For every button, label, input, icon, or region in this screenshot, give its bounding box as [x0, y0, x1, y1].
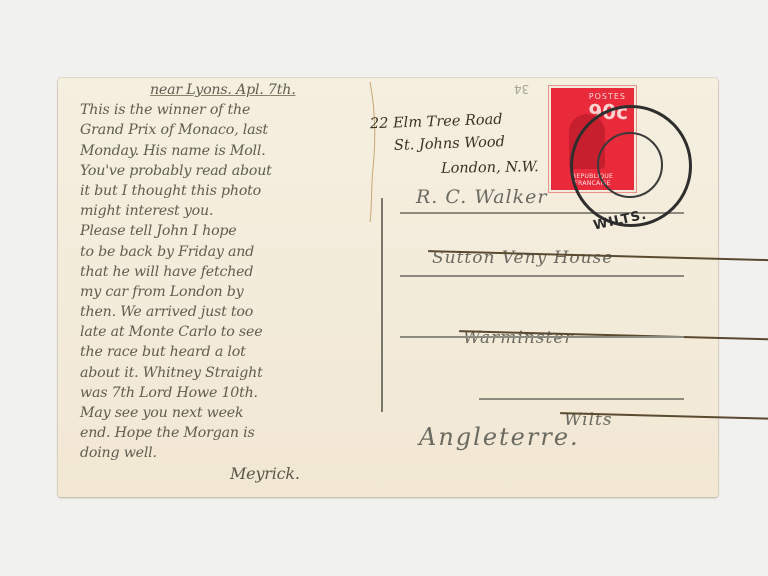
message-line: that he will have fetched: [80, 262, 380, 282]
recipient-name: R. C. Walker: [416, 186, 547, 208]
message-line: might interest you.: [80, 201, 380, 221]
message-line: end. Hope the Morgan is: [80, 423, 380, 443]
message-line: then. We arrived just too: [80, 302, 380, 322]
address-line: [479, 398, 684, 400]
message-line: it but I thought this photo: [80, 181, 380, 201]
recipient-struck-line-1: Sutton Veny House: [432, 248, 768, 268]
faint-postmark-year: 34: [514, 82, 529, 96]
message-line: about it. Whitney Straight: [80, 363, 380, 383]
address-line: [400, 336, 684, 338]
message-line: the race but heard a lot: [80, 342, 380, 362]
message-line: late at Monte Carlo to see: [80, 322, 380, 342]
message-line: You've probably read about: [80, 161, 380, 181]
message-text: near Lyons. Apl. 7th. This is the winner…: [80, 80, 380, 484]
message-line: May see you next week: [80, 403, 380, 423]
sender-address-line-2: St. Johns Wood: [394, 134, 505, 154]
message-line: was 7th Lord Howe 10th.: [80, 383, 380, 403]
message-line: Monday. His name is Moll.: [80, 141, 380, 161]
recipient-struck-line-2: Warminster: [463, 328, 768, 348]
postmark-cancel: WILTS.: [570, 105, 692, 227]
recipient-country: Angleterre.: [419, 423, 580, 451]
bracket-line: [369, 78, 377, 223]
center-divider: [381, 198, 383, 412]
message-line: to be back by Friday and: [80, 242, 380, 262]
message-line: doing well.: [80, 443, 380, 463]
address-line: [400, 275, 684, 277]
message-line: Please tell John I hope: [80, 221, 380, 241]
sender-address-line-3: London, N.W.: [441, 159, 539, 177]
postmark-inner-ring: [597, 132, 663, 198]
signature: Meyrick.: [80, 464, 380, 484]
recipient-struck-line-3: Wilts: [564, 410, 768, 430]
message-line: my car from London by: [80, 282, 380, 302]
message-header: near Lyons. Apl. 7th.: [80, 80, 380, 100]
sender-address-line-1: 22 Elm Tree Road: [370, 112, 503, 133]
message-line: Grand Prix of Monaco, last: [80, 120, 380, 140]
message-line: This is the winner of the: [80, 100, 380, 120]
